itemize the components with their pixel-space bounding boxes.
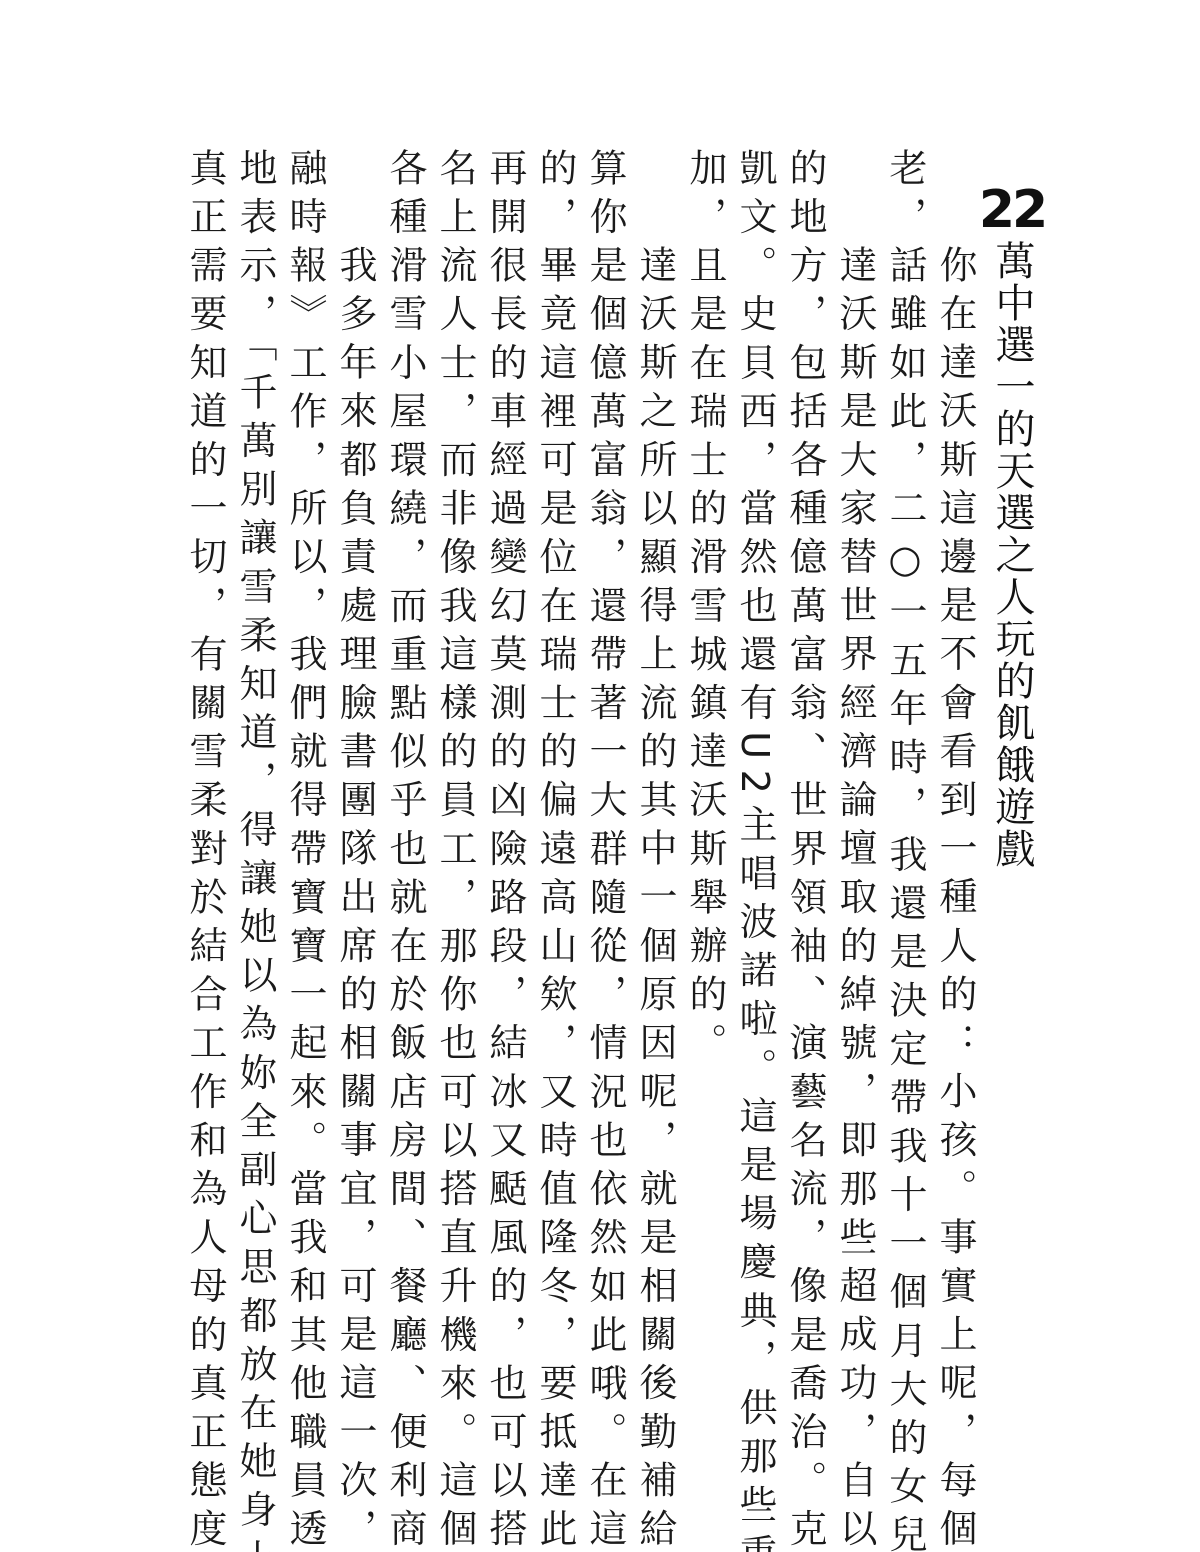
text-column: 再開很長的車經過變幻莫測的凶險路段，結冰又颳風的，也可以搭火車啦，或者，假如你是… [480, 148, 530, 1418]
text-column: 各種滑雪小屋環繞，而重點似乎也就在於飯店房間、餐廳、便利商店的稀缺性。 [380, 148, 430, 1418]
book-page: 22 萬中選一的天選之人玩的飢餓遊戲 你在達沃斯這邊是不會看到一種人的：小孩。事… [0, 0, 1200, 1552]
text-column: 達沃斯是大家替世界經濟論壇取的綽號，即那些超成功，自以為掌管著這顆星球的人年度聚… [830, 148, 880, 1418]
text-column: 算你是個億萬富翁，還帶著一大群隨從，情況也依然如此哦。在這地方舉辦任何活動簡直都… [580, 148, 630, 1418]
text-column: 我多年來都負責處理臉書團隊出席的相關事宜，可是這一次，湯姆也要一起過來，他要幫《… [330, 148, 380, 1418]
chapter-title: 萬中選一的天選之人玩的飢餓遊戲 [988, 240, 1036, 870]
text-column: 真正需要知道的一切，有關雪柔對於結合工作和為人母的真正態度，事實上呢，有個和我密… [180, 148, 230, 1418]
text-column: 加，且是在瑞士的滑雪城鎮達沃斯舉辦的。 [680, 148, 730, 1418]
body-text: 你在達沃斯這邊是不會看到一種人的：小孩。事實上呢，每個人還似乎都齡屆中年、很老、… [180, 148, 980, 1418]
text-column: 老，話雖如此，二○一五年時，我還是決定帶我十一個月大的女兒莎夏一起去。 [880, 148, 930, 1418]
text-column: 的地方，包括各種億萬富翁、世界領袖、演藝名流，像是喬治。克隆尼夫婦、還沒爆出醜聞… [780, 148, 830, 1418]
chapter-heading: 22 萬中選一的天選之人玩的飢餓遊戲 [982, 184, 1042, 870]
chapter-number: 22 [979, 184, 1045, 236]
text-column: 達沃斯之所以顯得上流的其中一個原因呢，就是相關後勤補給實在是困難到不可思議，而且… [630, 148, 680, 1418]
text-column: 凱文。史貝西，當然也還有U2主唱波諾啦。這是場慶典，供那些重要人士和自以為重要的… [730, 148, 780, 1418]
text-column: 名上流人士，而非像我這樣的員工，那你也可以搭直升機來。這個鎮超小，只有一條主要街… [430, 148, 480, 1418]
text-column: 融時報》工作，所以，我們就得帶寶寶一起來。當我和其他職員透露這個計畫時，他們還警… [280, 148, 330, 1418]
text-column: 的，畢竟這裡可是位在瑞士的偏遠高山欸，又時值隆冬，要抵達此地，得先搭飛機到蘇黎世… [530, 148, 580, 1418]
text-column: 地表示，「千萬別讓雪柔知道，得讓她以為妳全副心思都放在她身上才行。」這話便讓我得… [230, 148, 280, 1418]
text-column: 你在達沃斯這邊是不會看到一種人的：小孩。事實上呢，每個人還似乎都齡屆中年、很老、… [930, 148, 980, 1418]
